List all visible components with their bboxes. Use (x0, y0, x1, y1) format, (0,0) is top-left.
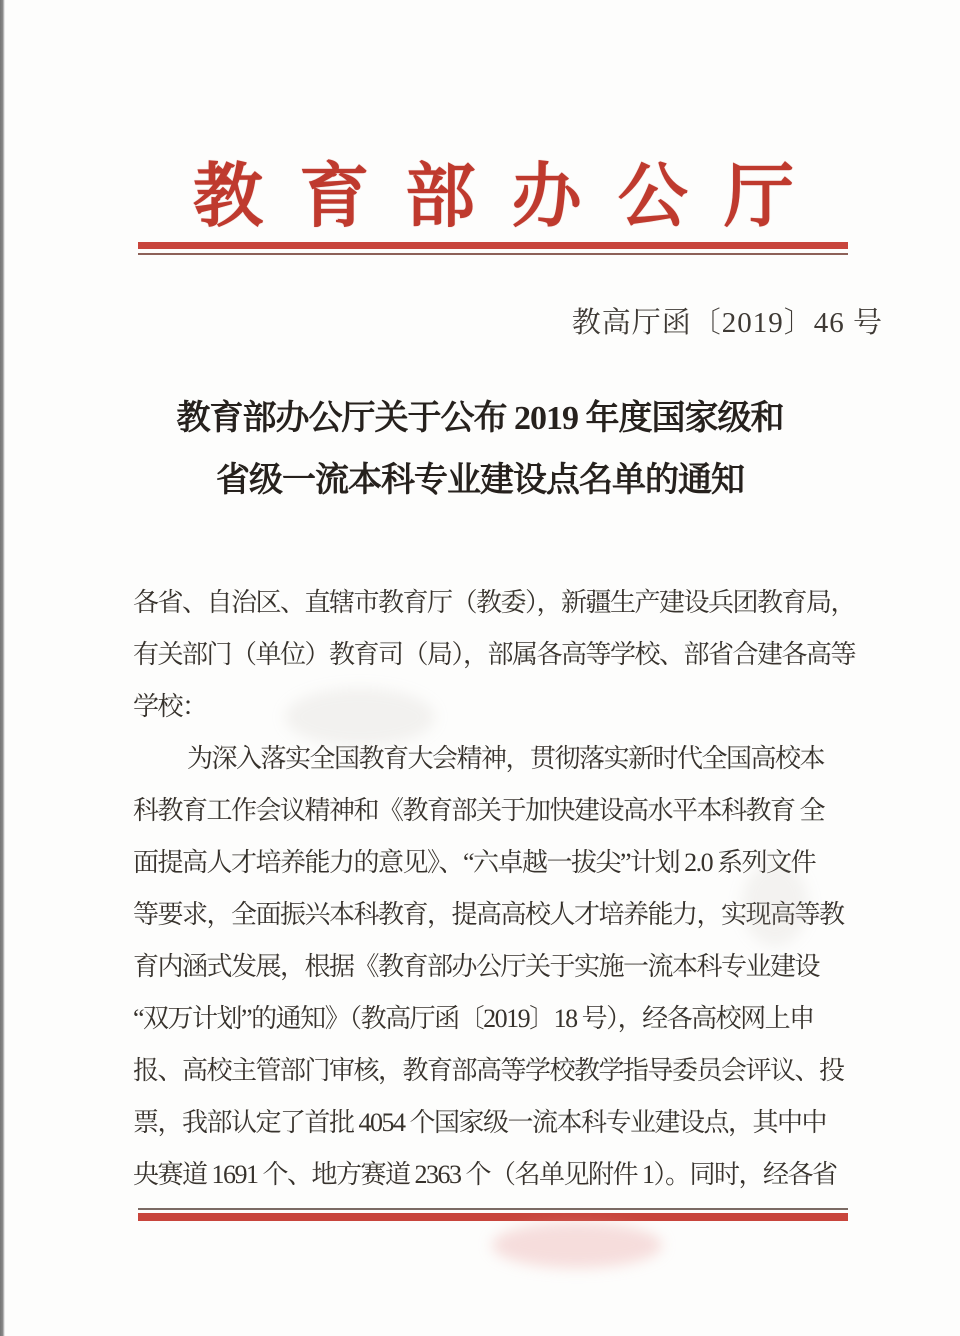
body-line: 等要求，全面振兴本科教育，提高高校人才培养能力，实现高等教 (133, 889, 857, 941)
notice-title-line-1: 教育部办公厅关于公布 2019 年度国家级和 (0, 388, 960, 450)
notice-title-line-2: 省级一流本科专业建设点名单的通知 (0, 450, 960, 512)
body-line: 央赛道 1691 个、地方赛道 2363 个（名单见附件 1）。同时，经各省 (133, 1149, 857, 1201)
letterhead-title: 教育部办公厅 (193, 160, 794, 236)
body-line: 有关部门（单位）教育司（局），部属各高等学校、部省合建各高等 (133, 629, 857, 681)
scan-edge-left (0, 0, 5, 1336)
body-line: 报、高校主管部门审核，教育部高等学校教学指导委员会评议、投 (133, 1045, 857, 1097)
notice-body: 各省、自治区、直辖市教育厅（教委），新疆生产建设兵团教育局， 有关部门（单位）教… (133, 577, 857, 1201)
body-line: 票，我部认定了首批 4054 个国家级一流本科专业建设点，其中中 (133, 1097, 857, 1149)
doc-number: 教高厅函〔2019〕46 号 (0, 300, 883, 341)
document-page: 教育部办公厅 教高厅函〔2019〕46 号 教育部办公厅关于公布 2019 年度… (0, 0, 960, 1336)
notice-title: 教育部办公厅关于公布 2019 年度国家级和 省级一流本科专业建设点名单的通知 (0, 388, 960, 512)
body-line: “双万计划”的通知》（教高厅函〔2019〕18 号），经各高校网上申 (133, 993, 857, 1045)
body-line: 面提高人才培养能力的意见》、“六卓越一拔尖”计划 2.0 系列文件 (133, 837, 857, 889)
body-line: 育内涵式发展，根据《教育部办公厅关于实施一流本科专业建设 (133, 941, 857, 993)
body-line: 科教育工作会议精神和《教育部关于加快建设高水平本科教育 全 (133, 785, 857, 837)
body-line: 各省、自治区、直辖市教育厅（教委），新疆生产建设兵团教育局， (133, 577, 857, 629)
body-line: 为深入落实全国教育大会精神，贯彻落实新时代全国高校本 (133, 733, 857, 785)
letterhead-rule-thin (138, 253, 848, 255)
letterhead-rule-thick (138, 242, 848, 249)
footer-rule-thin (138, 1208, 848, 1210)
scan-smudge (492, 1222, 662, 1268)
body-line: 学校： (133, 681, 857, 733)
footer-rule-thick (138, 1213, 848, 1221)
